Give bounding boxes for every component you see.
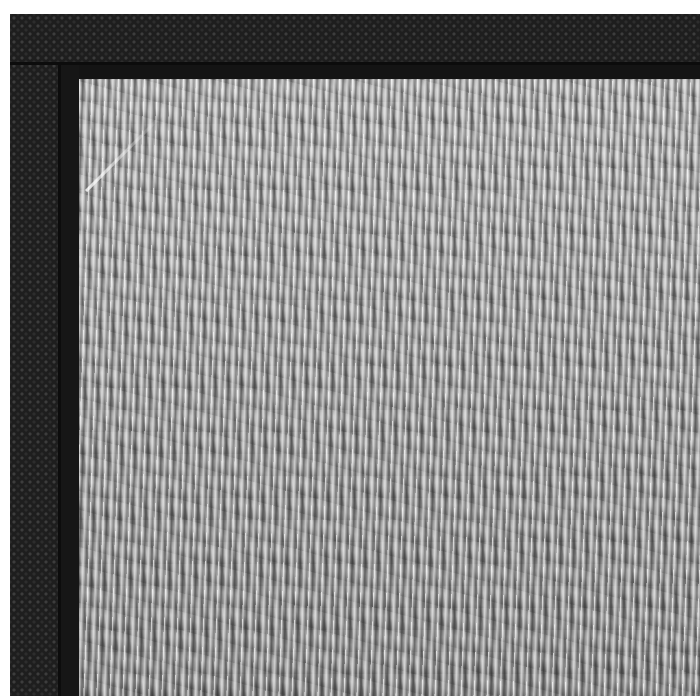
- crinkled-foil-surface: [79, 79, 700, 696]
- binding-inner-edge-top: [61, 65, 700, 79]
- binding-inner-edge-left: [61, 65, 79, 696]
